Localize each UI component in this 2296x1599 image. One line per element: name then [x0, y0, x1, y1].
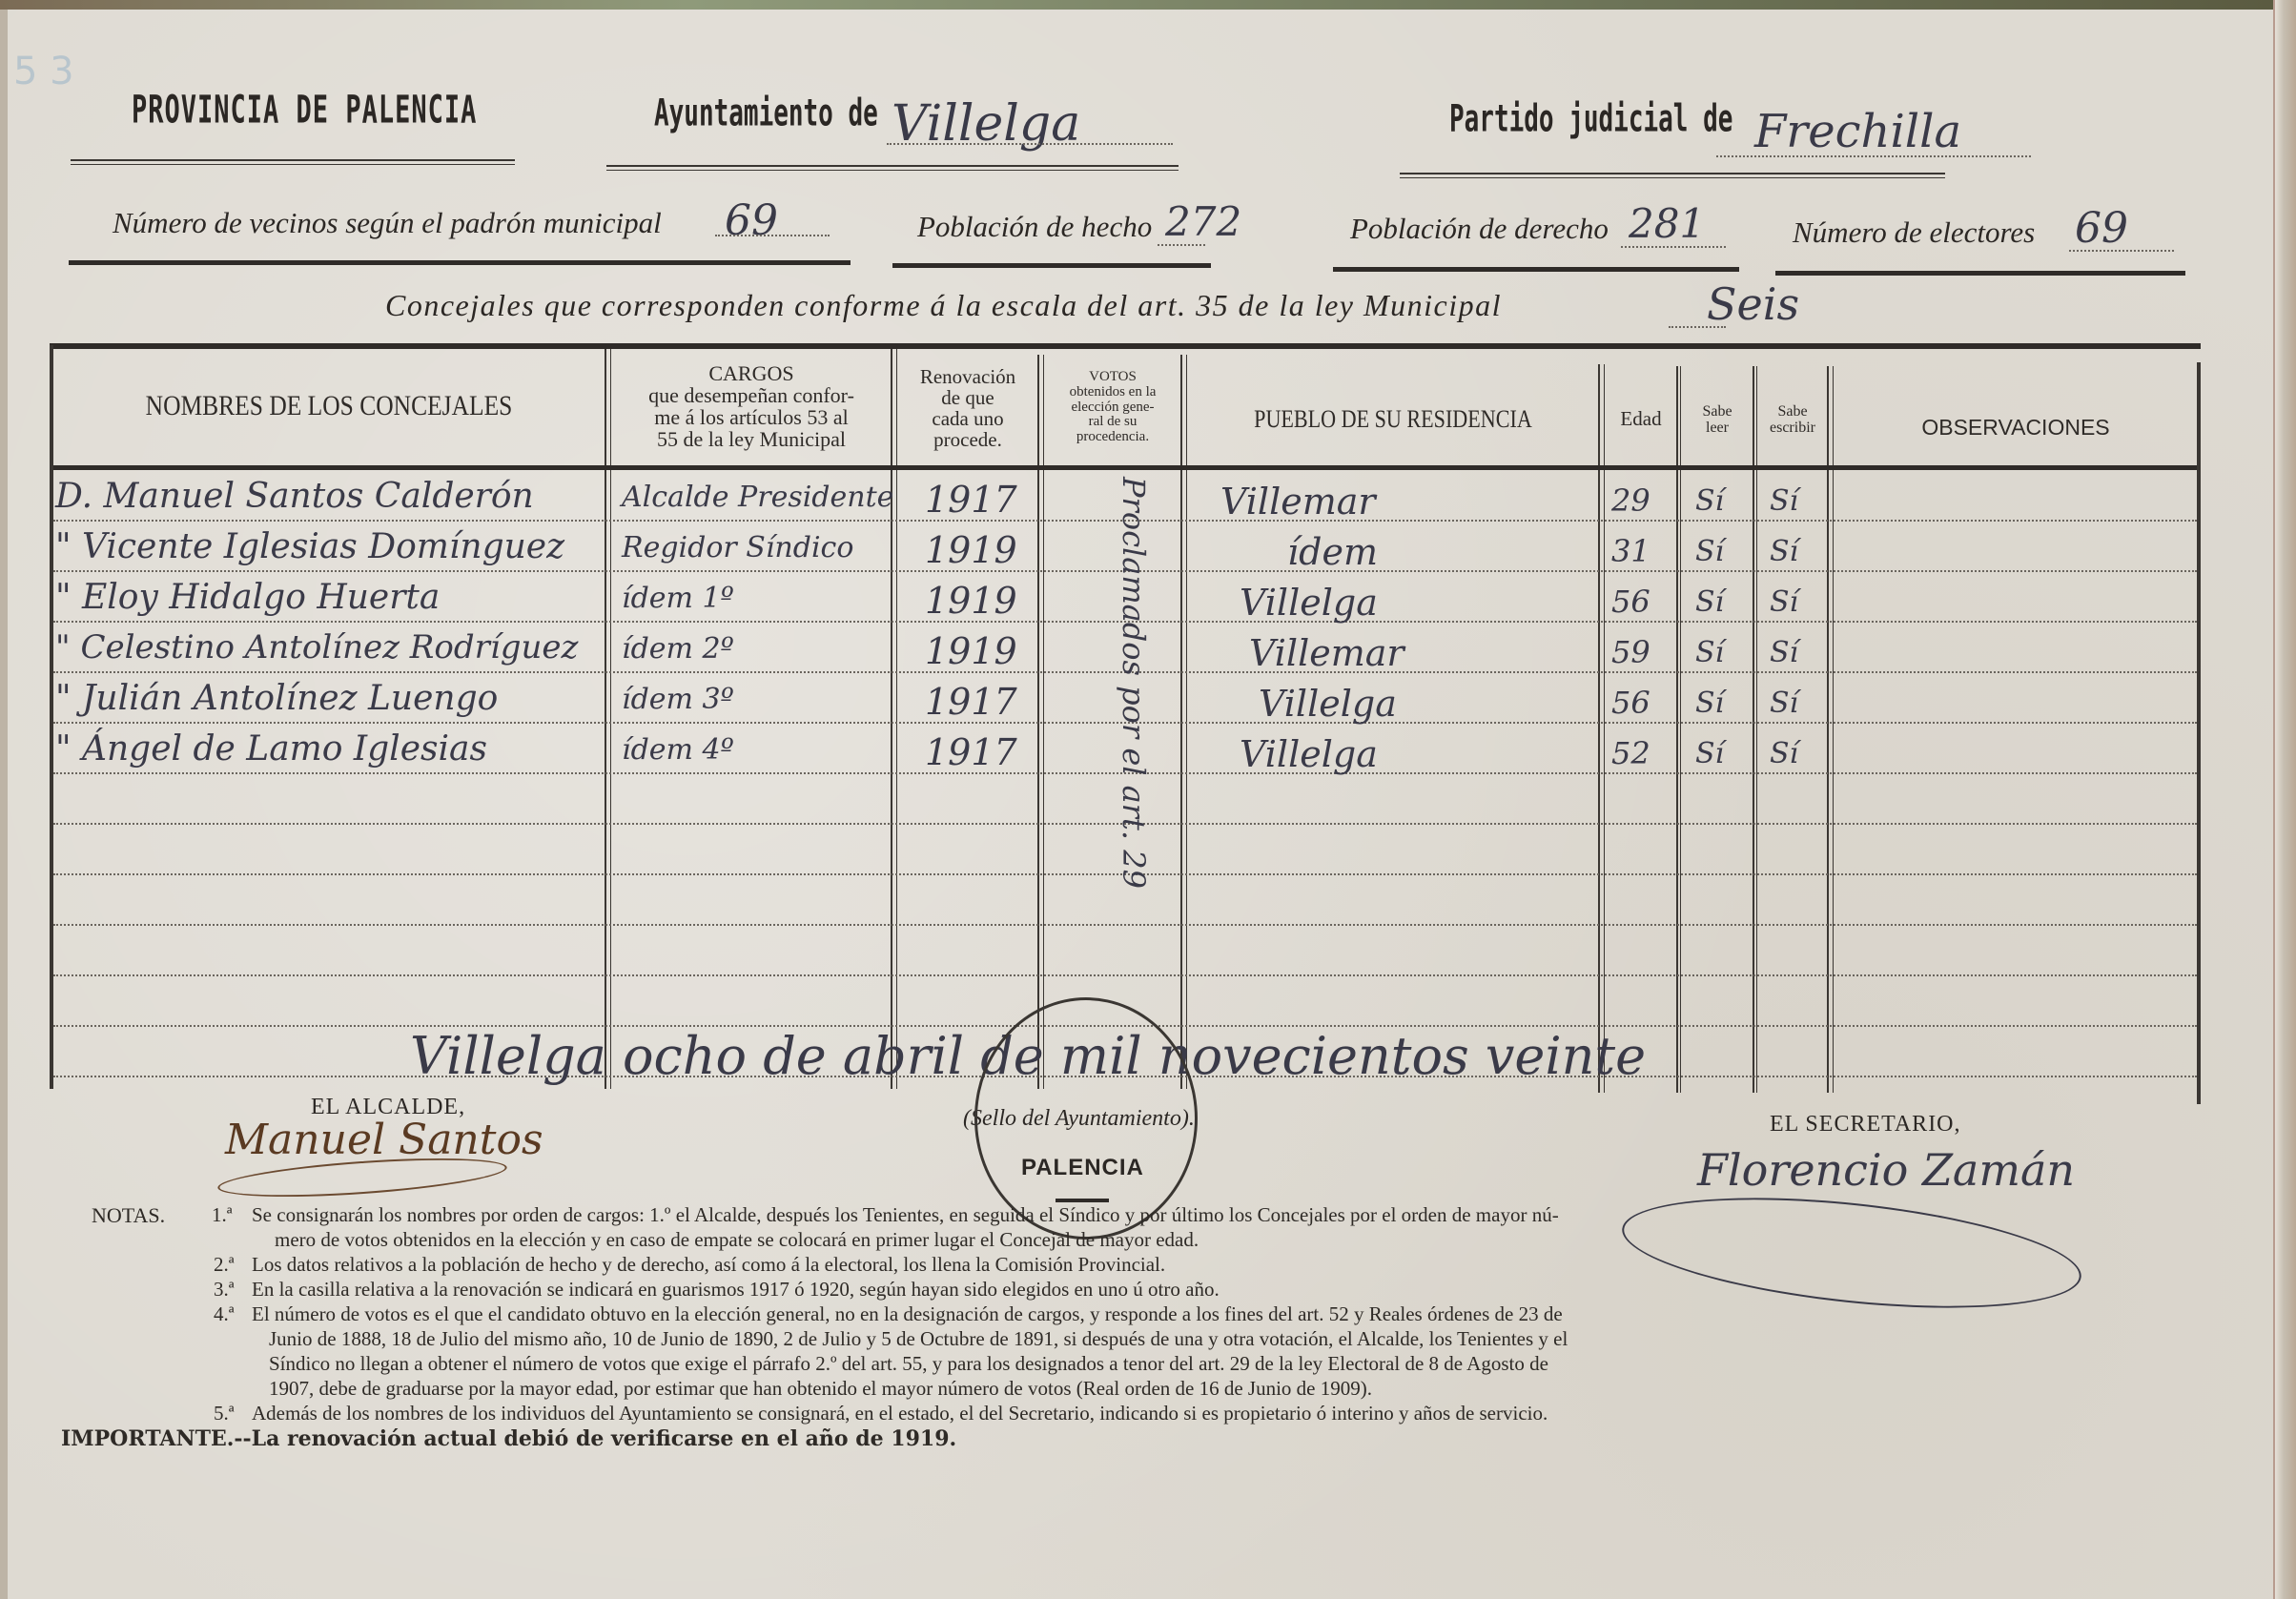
derecho-value: 281: [1629, 200, 1705, 247]
electores-label: Número de electores: [1793, 215, 2035, 250]
derecho-label: Población de derecho: [1350, 212, 1609, 246]
cell-pueblo: Villelga: [1259, 683, 1397, 725]
province-title: PROVINCIA DE PALENCIA: [132, 89, 477, 133]
col-divider-5: [1598, 364, 1600, 1093]
note-4-line-1: El número de votos es el que el candidat…: [252, 1302, 1563, 1326]
ayuntamiento-dots: [887, 143, 1173, 145]
book-top-edge: [0, 0, 2296, 10]
cell-leer: Sí: [1695, 535, 1724, 568]
cell-edad: 59: [1611, 634, 1650, 670]
note-4-num: 4.ª: [214, 1302, 235, 1326]
note-3-line-1: En la casilla relativa a la renovación s…: [252, 1278, 1220, 1302]
note-4-line-2: Junio de 1888, 18 de Julio del mismo año…: [269, 1327, 1568, 1351]
cell-leer: Sí: [1695, 636, 1724, 669]
cell-pueblo: Villemar: [1249, 632, 1404, 674]
cell-escribir: Sí: [1770, 737, 1798, 770]
concejales-dots: [1669, 326, 1726, 328]
cell-cargo: Alcalde Presidente: [622, 481, 893, 514]
table-right-border: [2197, 362, 2201, 1104]
pencil-mark: 5 3: [13, 50, 74, 93]
cell-edad: 56: [1611, 685, 1650, 721]
vecinos-dots: [715, 235, 830, 236]
col-header-votos: VOTOS obtenidos en la elección gene- ral…: [1045, 370, 1180, 445]
col-header-renovacion: Renovación de que cada uno procede.: [898, 366, 1037, 450]
cell-leer: Sí: [1695, 687, 1724, 720]
col-divider-8: [1827, 366, 1829, 1093]
cell-name: " Julián Antolínez Luengo: [55, 679, 498, 718]
col-header-nombres: NOMBRES DE LOS CONCEJALES: [98, 391, 561, 421]
cell-escribir: Sí: [1770, 585, 1798, 619]
col-header-observaciones: OBSERVACIONES: [1835, 416, 2197, 439]
cell-name: " Ángel de Lamo Iglesias: [55, 729, 487, 769]
cell-pueblo: Villelga: [1240, 733, 1378, 775]
note-2-line-1: Los datos relativos a la población de he…: [252, 1253, 1165, 1277]
note-1-line-2: mero de votos obtenidos en la elección y…: [275, 1228, 1199, 1252]
cell-pueblo: ídem: [1287, 531, 1378, 573]
partido-underline: [1400, 173, 1945, 178]
electores-dots: [2069, 250, 2174, 252]
col-divider-6b: [1680, 366, 1681, 1093]
note-4-line-3: Síndico no llegan a obtener el número de…: [269, 1352, 1548, 1376]
ayuntamiento-label: Ayuntamiento de: [654, 92, 878, 135]
row-rule-10: [53, 974, 2197, 976]
col-header-pueblo: PUEBLO DE SU RESIDENCIA: [1219, 406, 1568, 432]
col-header-cargos: CARGOS que desempeñan confor- me á los a…: [612, 362, 891, 450]
book-right-edge: [2273, 0, 2296, 1599]
cell-name: " Vicente Iglesias Domínguez: [55, 527, 564, 566]
secretario-label: EL SECRETARIO,: [1770, 1112, 1961, 1138]
col-divider-5b: [1604, 364, 1605, 1093]
secretario-flourish: [1617, 1179, 2086, 1326]
col-divider-7: [1753, 366, 1754, 1093]
cell-edad: 31: [1611, 533, 1650, 569]
cell-edad: 52: [1611, 735, 1650, 771]
partido-label: Partido judicial de: [1449, 98, 1732, 141]
cell-leer: Sí: [1695, 484, 1724, 518]
col-divider-1b: [610, 349, 611, 1089]
document-page: 5 3 PROVINCIA DE PALENCIA Ayuntamiento d…: [0, 0, 2296, 1599]
hecho-dots: [1158, 244, 1205, 246]
col-divider-7b: [1756, 366, 1757, 1093]
province-underline: [71, 159, 515, 165]
cell-renovacion: 1917: [925, 681, 1017, 723]
cell-escribir: Sí: [1770, 484, 1798, 518]
cell-pueblo: Villelga: [1240, 582, 1378, 624]
cell-leer: Sí: [1695, 585, 1724, 619]
col-header-edad: Edad: [1606, 408, 1676, 429]
col-divider-6: [1676, 366, 1678, 1093]
col-divider-2b: [896, 349, 897, 1089]
cell-name: " Eloy Hidalgo Huerta: [55, 578, 440, 617]
cell-escribir: Sí: [1770, 636, 1798, 669]
cell-renovacion: 1919: [925, 630, 1017, 672]
seal-text: PALENCIA: [1021, 1155, 1144, 1181]
cell-cargo: ídem 2º: [622, 632, 734, 666]
notes-title: NOTAS.: [92, 1203, 165, 1228]
electores-underline: [1775, 271, 2185, 276]
electores-value: 69: [2075, 204, 2128, 253]
col-divider-2: [891, 349, 892, 1089]
note-1-num: 1.ª: [212, 1203, 233, 1227]
partido-value: Frechilla: [1754, 105, 1961, 158]
note-4-line-4: 1907, debe de graduarse por la mayor eda…: [269, 1377, 1372, 1401]
header-bottom-rule: [53, 465, 2197, 470]
cell-cargo: ídem 4º: [622, 733, 734, 767]
important-note: IMPORTANTE.--La renovación actual debió …: [61, 1426, 956, 1451]
col-header-sabe-escribir: Sabe escribir: [1758, 404, 1827, 437]
vecinos-label: Número de vecinos según el padrón munici…: [113, 206, 662, 240]
cell-renovacion: 1917: [925, 479, 1017, 521]
col-header-sabe-leer: Sabe leer: [1682, 404, 1753, 437]
cell-edad: 56: [1611, 584, 1650, 620]
cell-renovacion: 1919: [925, 580, 1017, 622]
hecho-label: Población de hecho: [917, 210, 1152, 244]
col-divider-8b: [1833, 366, 1834, 1093]
vecinos-value: 69: [725, 196, 778, 245]
cell-escribir: Sí: [1770, 535, 1798, 568]
hecho-underline: [892, 263, 1211, 268]
book-left-edge: [0, 10, 8, 1599]
cell-leer: Sí: [1695, 737, 1724, 770]
ayuntamiento-underline: [606, 165, 1179, 171]
vecinos-underline: [69, 260, 851, 265]
note-1-line-1: Se consignarán los nombres por orden de …: [252, 1203, 1559, 1227]
cell-edad: 29: [1611, 482, 1650, 519]
seal-rule: [1056, 1199, 1109, 1202]
cell-renovacion: 1917: [925, 731, 1017, 773]
partido-dots: [1716, 155, 2031, 157]
concejales-label: Concejales que corresponden conforme á l…: [385, 288, 1502, 323]
col-divider-1: [605, 349, 606, 1089]
table-top-rule: [50, 343, 2201, 349]
concejales-value: Seis: [1707, 278, 1799, 330]
cell-escribir: Sí: [1770, 687, 1798, 720]
hecho-value: 272: [1165, 198, 1241, 245]
cell-renovacion: 1919: [925, 529, 1017, 571]
row-rule-9: [53, 924, 2197, 926]
note-5-num: 5.ª: [214, 1402, 235, 1425]
cell-cargo: ídem 3º: [622, 683, 734, 716]
cell-cargo: ídem 1º: [622, 582, 734, 615]
votos-vertical-note: Proclamados por el art. 29: [1116, 477, 1152, 889]
alcalde-signature: Manuel Santos: [225, 1116, 543, 1164]
note-2-num: 2.ª: [214, 1253, 235, 1277]
note-3-num: 3.ª: [214, 1278, 235, 1302]
derecho-underline: [1333, 267, 1739, 272]
note-5-line-1: Además de los nombres de los individuos …: [252, 1402, 1548, 1425]
cell-pueblo: Villemar: [1220, 481, 1376, 523]
cell-cargo: Regidor Síndico: [622, 531, 853, 564]
table-left-border: [50, 345, 53, 1089]
cell-name: " Celestino Antolínez Rodríguez: [55, 628, 578, 666]
cell-name: D. Manuel Santos Calderón: [55, 477, 534, 516]
derecho-dots: [1621, 246, 1726, 248]
secretario-signature: Florencio Zamán: [1697, 1144, 2075, 1196]
